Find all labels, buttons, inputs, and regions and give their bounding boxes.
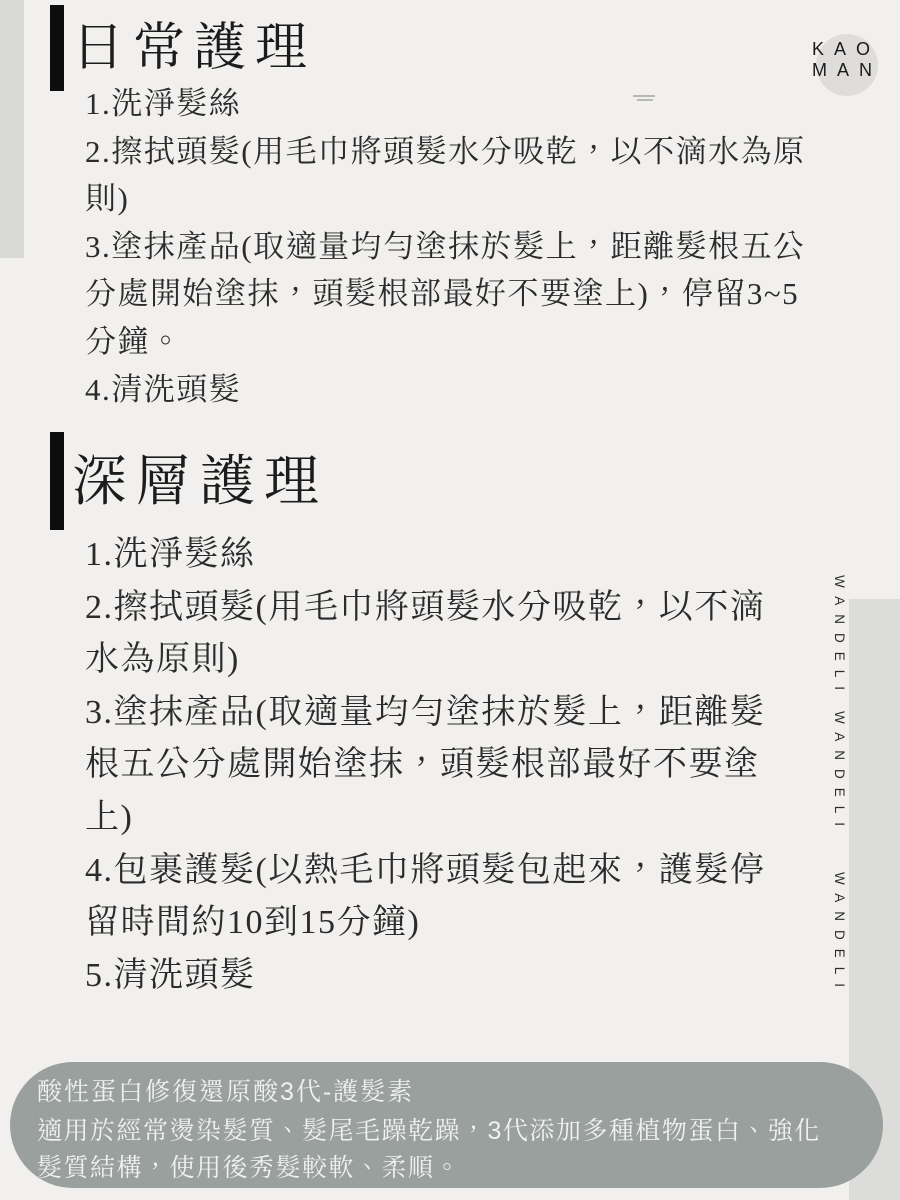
vertical-brand-text: WANDELI	[832, 711, 847, 835]
vertical-brand-text: WANDELI	[832, 575, 847, 699]
step-line: 1.洗淨髮絲	[85, 80, 806, 128]
product-info-box: 酸性蛋白修復還原酸3代-護髮素 適用於經常燙染髮質、髮尾毛躁乾躁，3代添加多種植…	[10, 1062, 883, 1188]
logo-text-bottom: MAN	[810, 60, 890, 81]
left-accent-strip	[0, 0, 24, 258]
step-line: 4.包裹護髮(以熱毛巾將頭髮包起來，護髮停	[85, 845, 765, 898]
step-line: 則)	[85, 175, 806, 223]
section-daily-care-heading: 日常護理	[50, 5, 316, 91]
product-description-line: 髮質結構，使用後秀髮較軟、柔順。	[37, 1150, 853, 1187]
step-line: 3.塗抹產品(取適量均勻塗抹於髮上，距離髮	[85, 687, 765, 740]
heading-accent-bar	[50, 432, 64, 530]
daily-care-steps: 1.洗淨髮絲 2.擦拭頭髮(用毛巾將頭髮水分吸乾，以不滴水為原 則) 3.塗抹產…	[85, 80, 806, 413]
step-line: 上)	[85, 792, 765, 845]
step-line: 根五公分處開始塗抹，頭髮根部最好不要塗	[85, 739, 765, 792]
brand-logo: KAO MAN	[810, 30, 890, 102]
logo-wordmark: KAO MAN	[810, 39, 890, 81]
step-line: 4.清洗頭髮	[85, 366, 806, 414]
product-name: 酸性蛋白修復還原酸3代-護髮素	[37, 1077, 853, 1107]
section-title-daily-care: 日常護理	[72, 5, 316, 91]
step-line: 留時間約10到15分鐘)	[85, 897, 765, 950]
product-description-line: 適用於經常燙染髮質、髮尾毛躁乾躁，3代添加多種植物蛋白、強化	[37, 1113, 853, 1150]
step-line: 2.擦拭頭髮(用毛巾將頭髮水分吸乾，以不滴	[85, 582, 765, 635]
hair-care-instruction-card: KAO MAN 日常護理 1.洗淨髮絲 2.擦拭頭髮(用毛巾將頭髮水分吸乾，以不…	[0, 0, 900, 1200]
step-line: 2.擦拭頭髮(用毛巾將頭髮水分吸乾，以不滴水為原	[85, 128, 806, 176]
step-line: 1.洗淨髮絲	[85, 529, 765, 582]
deep-care-steps: 1.洗淨髮絲 2.擦拭頭髮(用毛巾將頭髮水分吸乾，以不滴 水為原則) 3.塗抹產…	[85, 529, 765, 1002]
step-line: 3.塗抹產品(取適量均勻塗抹於髮上，距離髮根五公	[85, 223, 806, 271]
vertical-brand-text: WANDELI	[832, 872, 847, 996]
section-title-deep-care: 深層護理	[72, 432, 328, 530]
step-line: 5.清洗頭髮	[85, 950, 765, 1003]
step-line: 分鐘。	[85, 318, 806, 366]
section-deep-care-heading: 深層護理	[50, 432, 328, 530]
step-line: 分處開始塗抹，頭髮根部最好不要塗上)，停留3~5	[85, 270, 806, 318]
logo-text-top: KAO	[810, 39, 890, 60]
step-line: 水為原則)	[85, 634, 765, 687]
heading-accent-bar	[50, 5, 64, 91]
